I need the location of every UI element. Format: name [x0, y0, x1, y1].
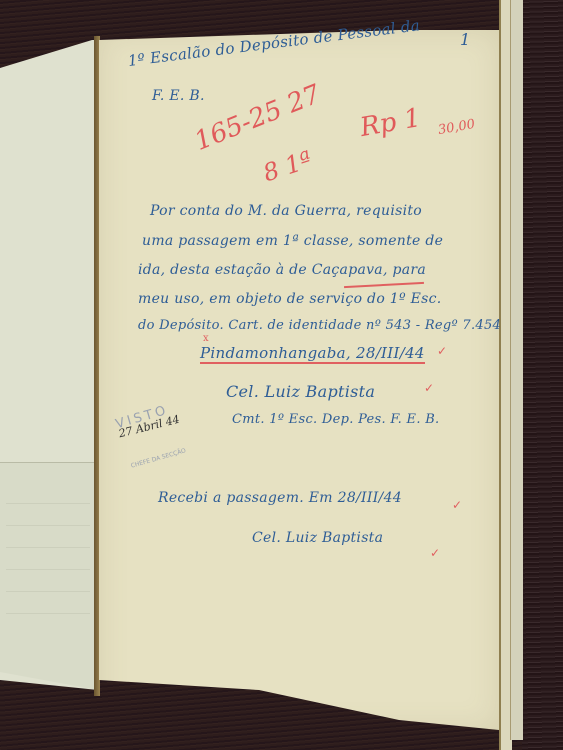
body-line-3: ida, desta estação à de Caçapava, para	[138, 262, 426, 278]
body-line-2: uma passagem em 1ª classe, somente de	[142, 233, 443, 249]
signature-title: Cmt. 1º Esc. Dep. Pes. F. E. B.	[232, 412, 439, 427]
receipt-line: Recebi a passagem. Em 28/III/44	[158, 490, 402, 506]
red-check-3: ✓	[452, 498, 462, 512]
header-line-2: F. E. B.	[152, 88, 205, 104]
signature: Cel. Luiz Baptista	[226, 382, 375, 401]
red-check-4: ✓	[430, 546, 440, 560]
page-edge-stack-outer	[510, 0, 523, 740]
left-insert-sheet	[0, 462, 98, 691]
receipt-signature: Cel. Luiz Baptista	[252, 530, 383, 546]
body-line-4: meu uso, em objeto de serviço do 1º Esc.	[138, 291, 442, 307]
red-x-mark: x	[203, 333, 209, 344]
body-line-5: do Depósito. Cart. de identidade nº 543 …	[138, 318, 501, 333]
desk-right-edge	[522, 0, 563, 750]
body-line-1: Por conta do M. da Guerra, requisito	[150, 203, 422, 219]
red-check-2: ✓	[424, 381, 434, 395]
page-number: 1	[460, 30, 470, 49]
red-check-1: ✓	[437, 344, 447, 358]
place-date: Pindamonhangaba, 28/III/44	[200, 344, 425, 364]
